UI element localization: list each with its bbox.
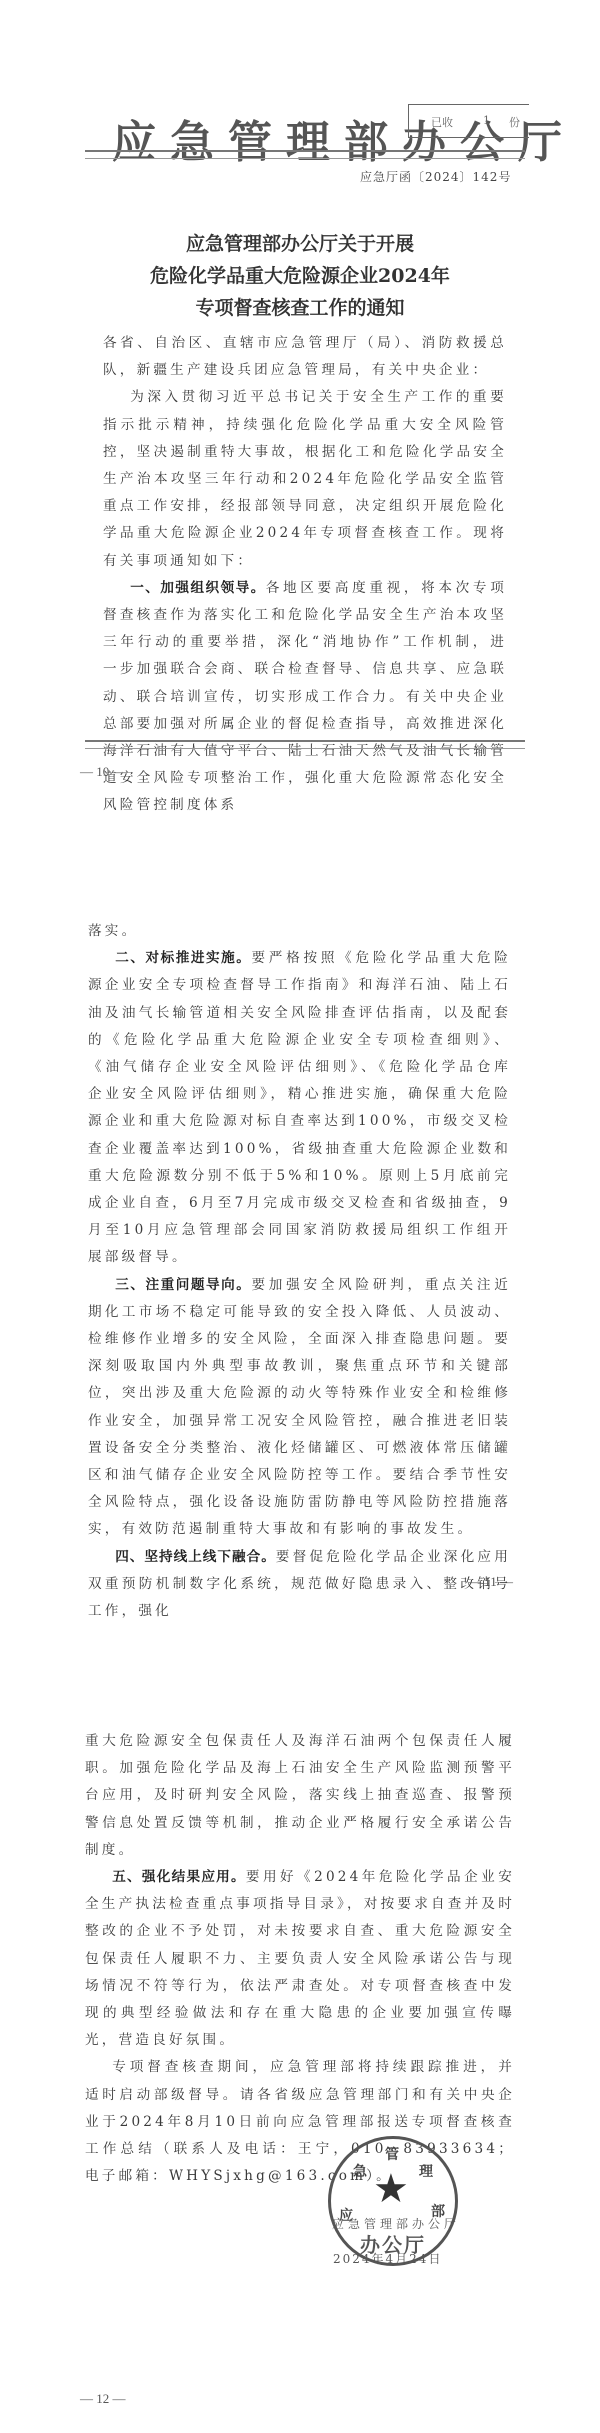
section-3-heading: 三、注重问题导向。 bbox=[115, 1277, 251, 1293]
received-stamp-label: 已收 bbox=[431, 114, 453, 130]
page-number-11: — 11 — bbox=[468, 1574, 513, 1590]
page-10: 应急管理部办公厅 已收 1 份 应急厅函〔2024〕142号 应急管理部办公厅关… bbox=[0, 0, 600, 860]
section-1-text: 各地区要高度重视，将本次专项督查核查作为落实化工和危险化学品安全生产治本攻坚三年… bbox=[103, 580, 507, 814]
page-12: 重大危险源安全包保责任人及海洋石油两个包保责任人履职。加强危险化学品及海上石油安… bbox=[0, 1620, 600, 2433]
seal-char: 管 bbox=[385, 2144, 399, 2164]
received-stamp-count: 1 bbox=[483, 114, 490, 127]
star-icon: ★ bbox=[373, 2169, 409, 2209]
section-5-heading: 五、强化结果应用。 bbox=[112, 1869, 246, 1885]
section-2-text: 要严格按照《危险化学品重大危险源企业安全专项检查督导工作指南》和海洋石油、陆上石… bbox=[88, 950, 511, 1265]
section-3: 三、注重问题导向。要加强安全风险研判，重点关注近期化工市场不稳定可能导致的安全投… bbox=[88, 1272, 511, 1544]
title-line-3: 专项督查核查工作的通知 bbox=[0, 292, 600, 324]
title-line-1: 应急管理部办公厅关于开展 bbox=[0, 228, 600, 260]
section-3-text: 要加强安全风险研判，重点关注近期化工市场不稳定可能导致的安全投入降低、人员波动、… bbox=[88, 1277, 511, 1538]
document-number: 应急厅函〔2024〕142号 bbox=[360, 168, 511, 185]
title-line-2: 危险化学品重大危险源企业2024年 bbox=[0, 260, 600, 292]
body-page-11: 落实。 二、对标推进实施。要严格按照《危险化学品重大危险源企业安全专项检查督导工… bbox=[88, 918, 511, 1625]
section-1: 一、加强组织领导。各地区要高度重视，将本次专项督查核查作为落实化工和危险化学品安… bbox=[103, 575, 507, 820]
received-stamp-unit: 份 bbox=[509, 114, 520, 130]
body-page-12: 重大危险源安全包保责任人及海洋石油两个包保责任人履职。加强危险化学品及海上石油安… bbox=[85, 1728, 515, 2190]
footer-divider bbox=[85, 740, 525, 749]
page-number-10: — 10 — bbox=[80, 764, 126, 780]
header-divider bbox=[85, 150, 525, 159]
seal-char: 急 bbox=[353, 2161, 367, 2181]
section-4-heading: 四、坚持线上线下融合。 bbox=[115, 1549, 276, 1565]
section-5: 五、强化结果应用。要用好《2024年危险化学品企业安全生产执法检查重点事项指导目… bbox=[85, 1864, 515, 2054]
page-11: 落实。 二、对标推进实施。要严格按照《危险化学品重大危险源企业安全专项检查督导工… bbox=[0, 860, 600, 1620]
seal-char: 理 bbox=[419, 2161, 433, 2181]
section-4-continued: 重大危险源安全包保责任人及海洋石油两个包保责任人履职。加强危险化学品及海上石油安… bbox=[85, 1728, 515, 1864]
section-2-heading: 二、对标推进实施。 bbox=[115, 950, 251, 966]
document-title: 应急管理部办公厅关于开展 危险化学品重大危险源企业2024年 专项督查核查工作的… bbox=[0, 228, 600, 324]
addressee: 各省、自治区、直辖市应急管理厅（局）、消防救援总队，新疆生产建设兵团应急管理局，… bbox=[103, 330, 507, 384]
section-5-text: 要用好《2024年危险化学品企业安全生产执法检查重点事项指导目录》，对按要求自查… bbox=[85, 1869, 515, 2048]
section-4: 四、坚持线上线下融合。要督促危险化学品企业深化应用双重预防机制数字化系统，规范做… bbox=[88, 1544, 511, 1626]
section-1-continued: 落实。 bbox=[88, 918, 511, 945]
section-1-heading: 一、加强组织领导。 bbox=[130, 580, 266, 596]
section-2: 二、对标推进实施。要严格按照《危险化学品重大危险源企业安全专项检查督导工作指南》… bbox=[88, 945, 511, 1271]
intro-paragraph: 为深入贯彻习近平总书记关于安全生产工作的重要指示批示精神，持续强化危险化学品重大… bbox=[103, 384, 507, 574]
page-number-12: — 12 — bbox=[80, 2391, 126, 2407]
received-stamp: 已收 1 份 bbox=[408, 104, 529, 138]
signature-date: 2024年4月24日 bbox=[333, 2250, 442, 2267]
